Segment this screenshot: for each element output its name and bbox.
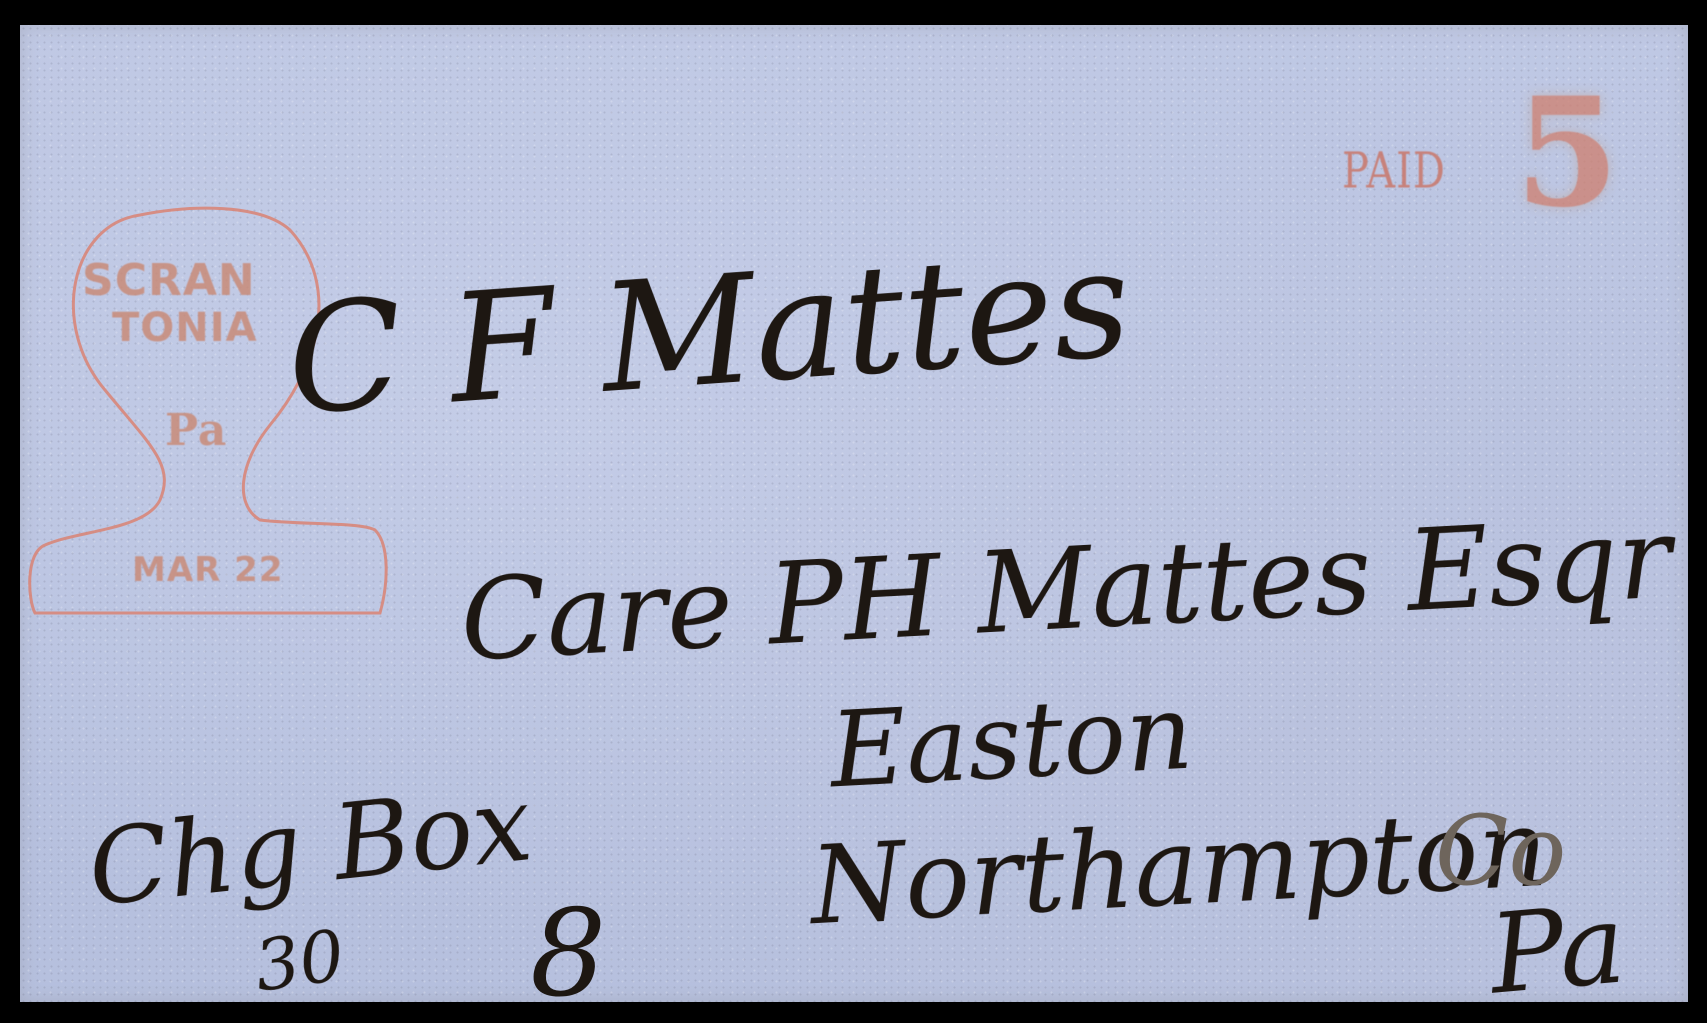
postmark-date: MAR 22 xyxy=(132,550,283,590)
paid-marking: PAID xyxy=(1342,142,1446,200)
docket-number: 30 xyxy=(250,914,350,1002)
state-line: Pa xyxy=(1485,879,1630,1002)
docket-note: Chg Box xyxy=(83,762,537,930)
postmark-line-1: SCRAN xyxy=(82,255,256,306)
care-of-line: Care PH Mattes Esqr xyxy=(457,493,1674,686)
postmark-line-3: Pa xyxy=(165,405,227,456)
rate-numeral: 5 xyxy=(1515,65,1619,241)
postmark-line-2: TONIA xyxy=(112,305,258,351)
envelope: SCRAN TONIA Pa MAR 22 PAID 5 C F Mattes … xyxy=(20,25,1688,1002)
city-line: Easton xyxy=(827,671,1196,812)
docket-figure: 8 xyxy=(530,885,606,1002)
